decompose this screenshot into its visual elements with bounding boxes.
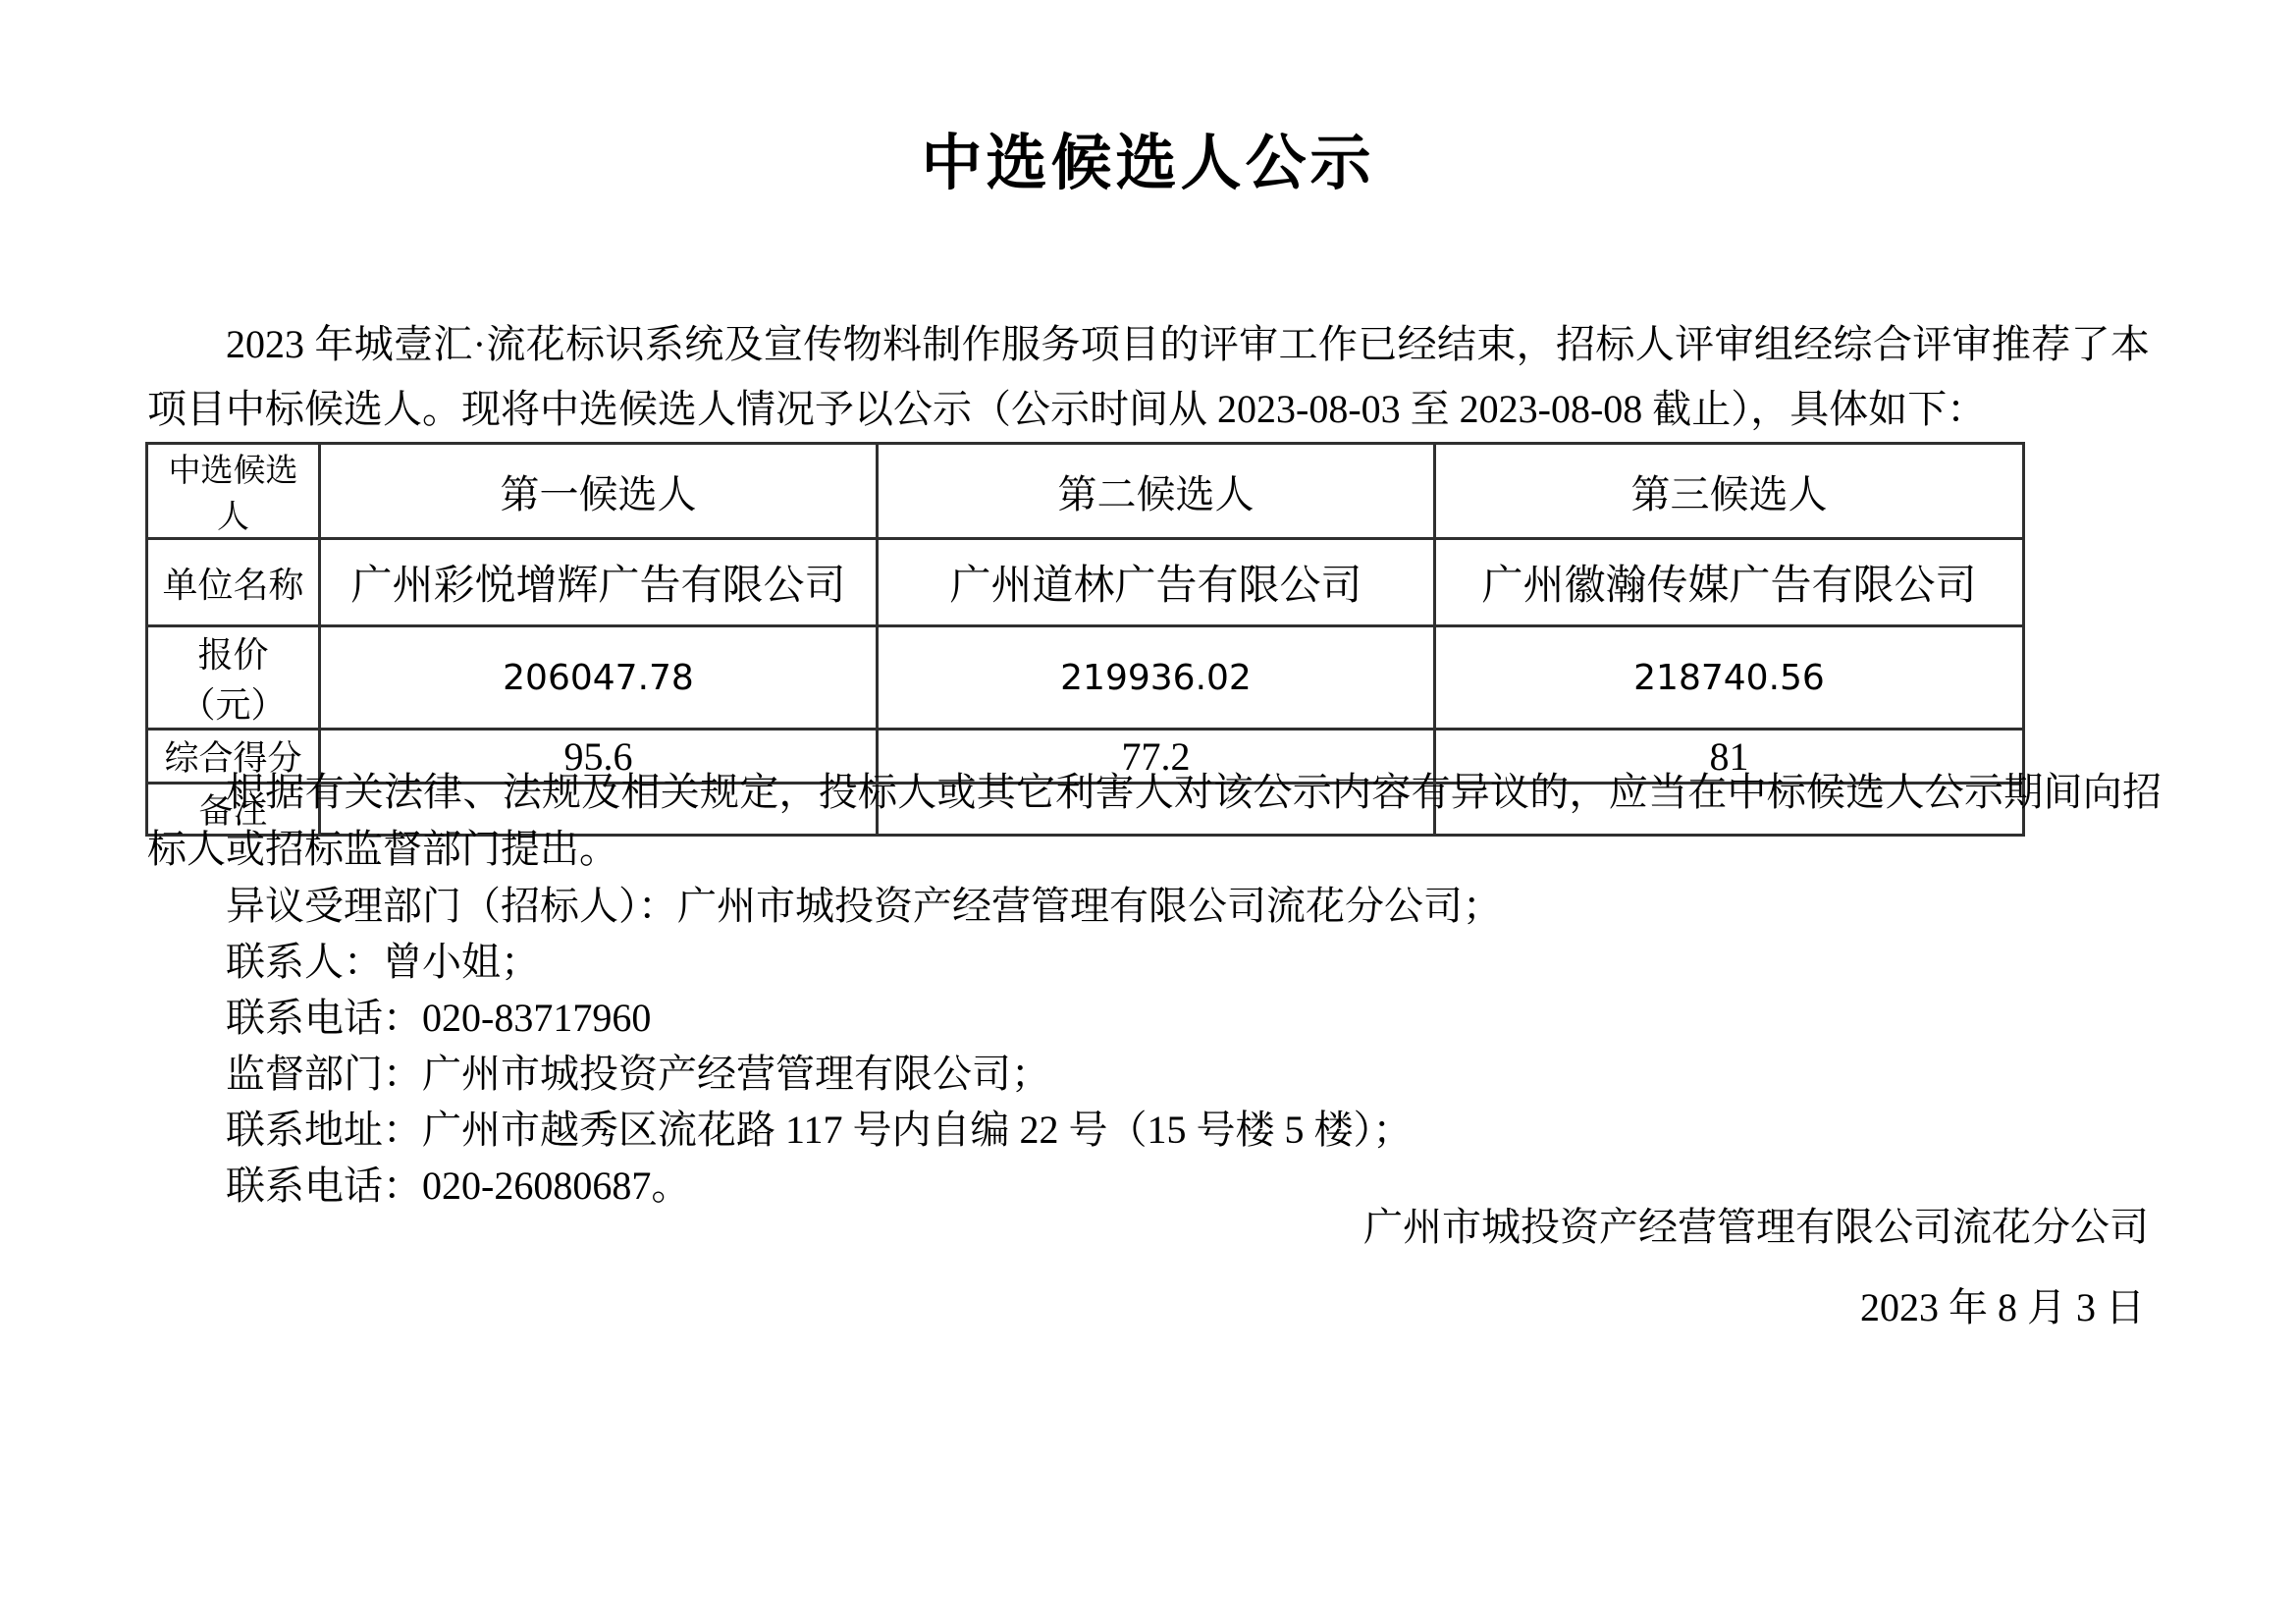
- announcement-page: 中选候选人公示 2023 年城壹汇·流花标识系统及宣传物料制作服务项目的评审工作…: [0, 0, 2296, 1624]
- signature-company: 广州市城投资产经营管理有限公司流花分公司: [1363, 1196, 2149, 1252]
- contact-line-objection-dept: 异议受理部门（招标人）：广州市城投资产经营管理有限公司流花分公司；: [147, 878, 2150, 934]
- contact-info-block: 异议受理部门（招标人）：广州市城投资产经营管理有限公司流花分公司； 联系人：曾小…: [147, 878, 2150, 1214]
- contact-line-address: 联系地址：广州市越秀区流花路 117 号内自编 22 号（15 号楼 5 楼）；: [147, 1102, 2150, 1158]
- objection-paragraph: 根据有关法律、法规及相关规定，投标人或其它利害人对该公示内容有异议的，应当在中标…: [147, 764, 2162, 878]
- header-cell-second-candidate: 第二候选人: [878, 444, 1435, 539]
- company-name-second: 广州道林广告有限公司: [878, 539, 1435, 626]
- bid-price-first: 206047.78: [320, 626, 878, 730]
- bid-price-second: 219936.02: [878, 626, 1435, 730]
- header-cell-candidates: 中选候选人: [147, 444, 320, 539]
- company-name-third: 广州徽瀚传媒广告有限公司: [1435, 539, 2024, 626]
- company-name-row: 单位名称 广州彩悦增辉广告有限公司 广州道林广告有限公司 广州徽瀚传媒广告有限公…: [147, 539, 2024, 626]
- row-label-company-name: 单位名称: [147, 539, 320, 626]
- contact-line-phone-1: 联系电话：020-83717960: [147, 990, 2150, 1046]
- signature-date: 2023 年 8 月 3 日: [1860, 1276, 2145, 1332]
- bid-price-row: 报价（元） 206047.78 219936.02 218740.56: [147, 626, 2024, 730]
- header-cell-third-candidate: 第三候选人: [1435, 444, 2024, 539]
- table-header-row: 中选候选人 第一候选人 第二候选人 第三候选人: [147, 444, 2024, 539]
- contact-line-supervision-dept: 监督部门：广州市城投资产经营管理有限公司；: [147, 1046, 2150, 1102]
- header-cell-first-candidate: 第一候选人: [320, 444, 878, 539]
- row-label-bid-price: 报价（元）: [147, 626, 320, 730]
- company-name-first: 广州彩悦增辉广告有限公司: [320, 539, 878, 626]
- contact-line-person: 联系人：曾小姐；: [147, 934, 2150, 990]
- page-title: 中选候选人公示: [0, 114, 2296, 201]
- intro-paragraph: 2023 年城壹汇·流花标识系统及宣传物料制作服务项目的评审工作已经结束，招标人…: [147, 312, 2150, 442]
- bid-price-third: 218740.56: [1435, 626, 2024, 730]
